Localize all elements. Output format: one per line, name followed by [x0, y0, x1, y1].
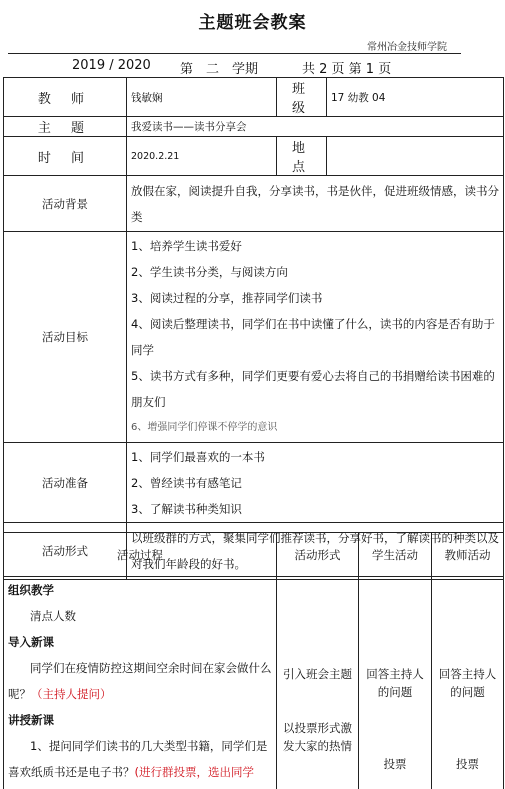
time-label: 时 间 — [4, 137, 127, 176]
teacher-item: 回答主持人的问题 — [436, 665, 499, 701]
school-name: 常州冶金技师学院 — [367, 38, 447, 53]
form-item: 以投票形式激发大家的热情 — [281, 719, 354, 755]
school-year: 2019 / 2020 — [72, 58, 151, 73]
background-label: 活动背景 — [4, 176, 127, 232]
section-text: 1、提问同学们读书的几大类型书籍，同学们是喜欢纸质书还是电子书？(进行群投票，选… — [8, 733, 272, 785]
teacher-activity-header: 教师活动 — [432, 533, 504, 577]
section-title: 导入新课 — [8, 629, 272, 655]
section-text: 同学们在疫情防控这期间空余时间在家会做什么呢？（主持人提问） — [8, 655, 272, 707]
class-label: 班 级 — [277, 78, 327, 117]
topic-label: 主 题 — [4, 117, 127, 137]
section-title: 组织教学 — [8, 577, 272, 603]
form-item: 引入班会主题 — [281, 665, 354, 683]
term-label: 第 二 学期 — [180, 58, 258, 77]
preparation-label: 活动准备 — [4, 443, 127, 523]
background-text: 放假在家，阅读提升自我，分享读书，书是伙伴，促进班级情感，读书分类 — [127, 176, 504, 232]
goal-item: 4、阅读后整理读书，同学们在书中读懂了什么，读书的内容是否有助于同学 — [131, 311, 499, 363]
process-table: 活动过程 活动形式 学生活动 教师活动 组织教学 清点人数 导入新课 同学们在疫… — [3, 532, 504, 789]
section-title: 讲授新课 — [8, 707, 272, 733]
class-value: 17 幼教 04 — [327, 78, 504, 117]
goal-item: 1、培养学生读书爱好 — [131, 233, 499, 259]
host-question-note: （主持人提问） — [31, 687, 112, 701]
page-count: 共 2 页 第 1 页 — [302, 58, 391, 77]
preparation-list: 1、同学们最喜欢的一本书 2、曾经读书有感笔记 3、了解读书种类知识 — [127, 443, 504, 523]
goal-item: 6、增强同学们停课不停学的意识 — [131, 415, 499, 441]
student-item: 投票 — [363, 755, 427, 773]
student-item: 回答主持人的问题 — [363, 665, 427, 701]
info-table: 教 师 钱敏娴 班 级 17 幼教 04 主 题 我爱读书——读书分享会 时 间… — [3, 77, 504, 580]
form-column: 引入班会主题 以投票形式激发大家的热情 — [277, 577, 359, 789]
goal-item: 3、阅读过程的分享，推荐同学们读书 — [131, 285, 499, 311]
place-value — [327, 137, 504, 176]
goals-list: 1、培养学生读书爱好 2、学生读书分类，与阅读方向 3、阅读过程的分享，推荐同学… — [127, 232, 504, 443]
section-item: 清点人数 — [8, 603, 272, 629]
preparation-item: 2、曾经读书有感笔记 — [131, 470, 499, 496]
goal-item: 5、读书方式有多种，同学们更要有爱心去将自己的书捐赠给读书困难的朋友们 — [131, 363, 499, 415]
teacher-value: 钱敏娴 — [127, 78, 277, 117]
time-value: 2020.2.21 — [127, 137, 277, 176]
topic-value: 我爱读书——读书分享会 — [127, 117, 504, 137]
teacher-item: 投票 — [436, 755, 499, 773]
preparation-item: 1、同学们最喜欢的一本书 — [131, 444, 499, 470]
preparation-item: 3、了解读书种类知识 — [131, 496, 499, 522]
goals-label: 活动目标 — [4, 232, 127, 443]
term-line: 2019 / 2020 第 二 学期 共 2 页 第 1 页 — [0, 58, 505, 74]
vote-note: (进行群投票，选出同学 — [135, 765, 255, 779]
document-title: 主题班会教案 — [0, 8, 505, 33]
header-divider — [8, 53, 461, 54]
teacher-label: 教 师 — [4, 78, 127, 117]
process-content: 组织教学 清点人数 导入新课 同学们在疫情防控这期间空余时间在家会做什么呢？（主… — [4, 577, 277, 789]
place-label: 地 点 — [277, 137, 327, 176]
teacher-column: 回答主持人的问题 投票 — [432, 577, 504, 789]
student-activity-header: 学生活动 — [359, 533, 432, 577]
form-header: 活动形式 — [277, 533, 359, 577]
process-header: 活动过程 — [4, 533, 277, 577]
goal-item: 2、学生读书分类，与阅读方向 — [131, 259, 499, 285]
student-column: 回答主持人的问题 投票 — [359, 577, 432, 789]
